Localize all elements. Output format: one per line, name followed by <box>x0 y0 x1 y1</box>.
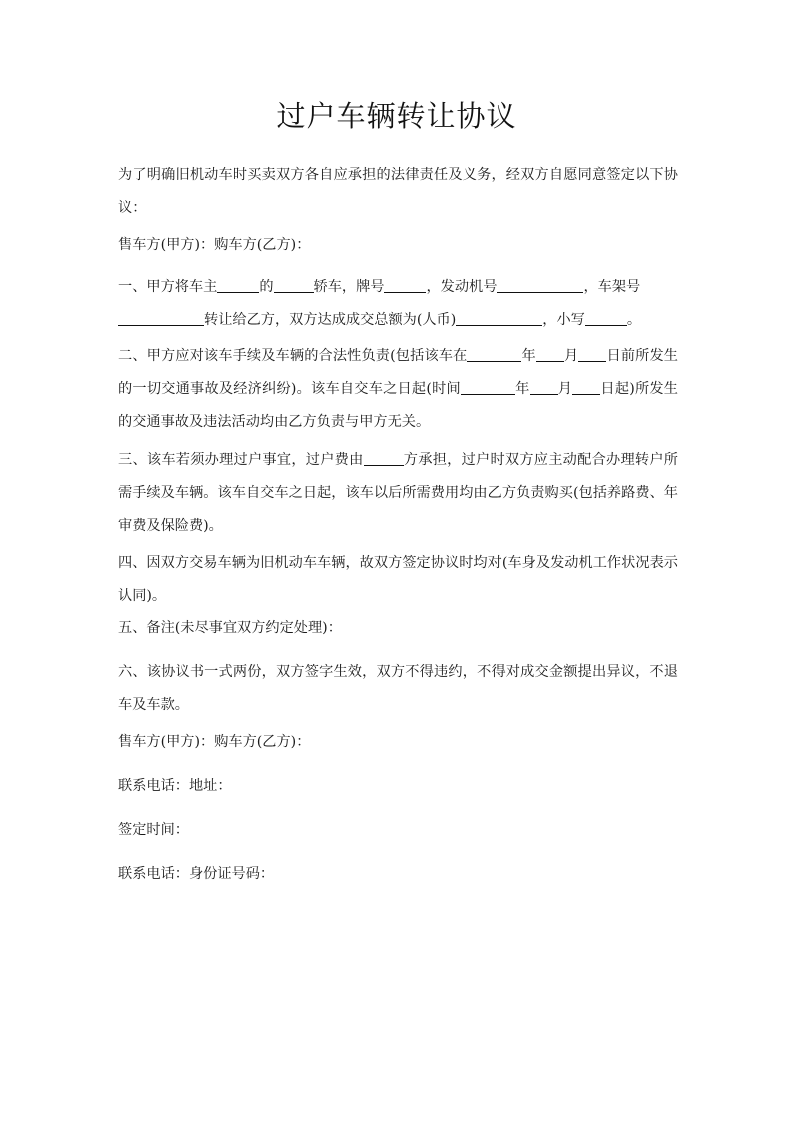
clause-2: 二、甲方应对该车手续及车辆的合法性负责(包括该车在年月日前所发生的一切交通事故及… <box>118 340 678 439</box>
before-day-field[interactable] <box>578 347 606 362</box>
amount-figures-field[interactable] <box>585 311 627 326</box>
clause-5: 五、备注(未尽事宜双方约定处理)： <box>118 612 678 645</box>
clause-4: 四、因双方交易车辆为旧机动车车辆，故双方签定协议时均对(车身及发动机工作状况表示… <box>118 547 678 613</box>
intro-paragraph: 为了明确旧机动车时买卖双方各自应承担的法律责任及义务，经双方自愿同意签定以下协议… <box>118 159 678 225</box>
clause-1: 一、甲方将车主的轿车，牌号，发动机号，车架号转让给乙方，双方达成成交总额为(人币… <box>118 271 678 337</box>
transfer-fee-party-field[interactable] <box>364 451 404 466</box>
document-title: 过户车辆转让协议 <box>0 94 793 135</box>
engine-number-field[interactable] <box>497 278 583 293</box>
owner-name-field[interactable] <box>217 278 259 293</box>
vin-field[interactable] <box>118 311 204 326</box>
plate-number-field[interactable] <box>384 278 426 293</box>
signing-time-line: 签定时间： <box>118 814 678 847</box>
document-page: 过户车辆转让协议 为了明确旧机动车时买卖双方各自应承担的法律责任及义务，经双方自… <box>0 0 793 1122</box>
amount-words-field[interactable] <box>456 311 542 326</box>
clause-3: 三、该车若须办理过户事宜，过户费由方承担，过户时双方应主动配合办理转户所需手续及… <box>118 444 678 543</box>
before-month-field[interactable] <box>536 347 564 362</box>
handover-day-field[interactable] <box>572 380 600 395</box>
clause-6: 六、该协议书一式两份，双方签字生效，双方不得违约，不得对成交金额提出异议，不退车… <box>118 656 678 722</box>
contact-address-line: 联系电话：地址： <box>118 770 678 803</box>
handover-month-field[interactable] <box>530 380 558 395</box>
before-year-field[interactable] <box>467 347 521 362</box>
car-model-field[interactable] <box>274 278 314 293</box>
contact-id-line: 联系电话：身份证号码： <box>118 858 678 891</box>
parties-line-bottom: 售车方(甲方)：购车方(乙方)： <box>118 726 678 759</box>
parties-line-top: 售车方(甲方)：购车方(乙方)： <box>118 229 678 262</box>
handover-year-field[interactable] <box>461 380 515 395</box>
